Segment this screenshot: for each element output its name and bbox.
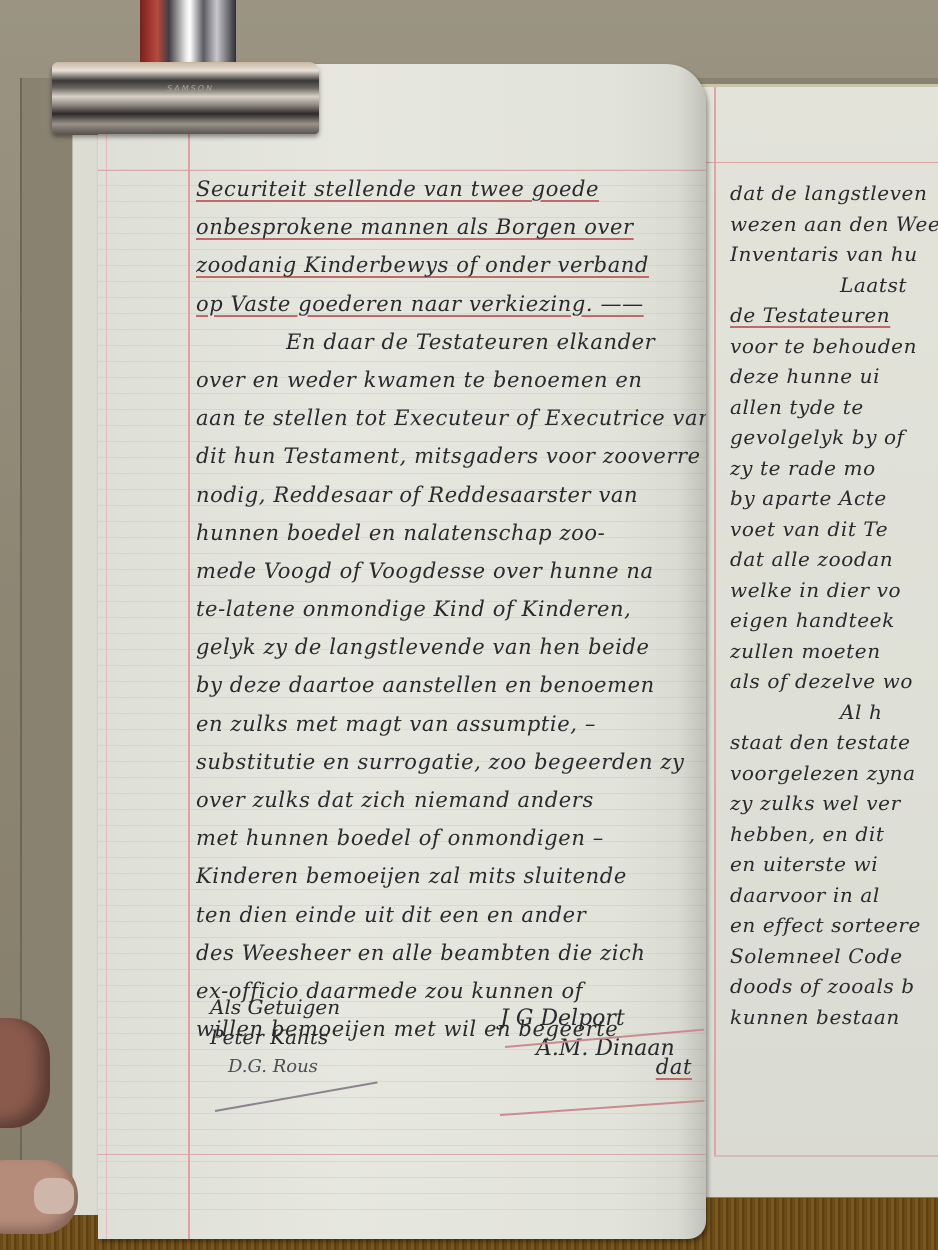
left-page-outer-rule <box>106 134 107 1239</box>
bulldog-clip <box>52 62 319 134</box>
text-line: voor te behouden <box>730 331 938 362</box>
text-line: als of dezelve wo <box>730 666 938 697</box>
text-line: wezen aan den Wee <box>730 209 938 240</box>
text-line: Securiteit stellende van twee goede <box>196 170 706 208</box>
text-line: over en weder kwamen te benoemen en <box>196 361 706 399</box>
text-line: ten dien einde uit dit een en ander <box>196 896 706 934</box>
text-line: substitutie en surrogatie, zoo begeerden… <box>196 743 706 781</box>
text-line: onbesprokene mannen als Borgen over <box>196 208 706 246</box>
text-line: Inventaris van hu <box>730 239 938 270</box>
right-page-footer-rule <box>714 1155 938 1157</box>
text-line: gelyk zy de langstlevende van hen beide <box>196 628 706 666</box>
witness-heading: Als Getuigen <box>210 992 430 1022</box>
text-line: voet van dit Te <box>730 514 938 545</box>
text-line: by aparte Acte <box>730 483 938 514</box>
testator-signatures: J G Delport A.M. Dinaan <box>500 1004 710 1064</box>
text-line: by deze daartoe aanstellen en benoemen <box>196 666 706 704</box>
underlined-phrase: de Testateuren <box>730 303 890 327</box>
text-line: Al h <box>730 697 938 728</box>
text-line: Solemneel Code <box>730 941 938 972</box>
text-line: en effect sorteere <box>730 910 938 941</box>
text-line: zullen moeten <box>730 636 938 667</box>
text-line: mede Voogd of Voogdesse over hunne na <box>196 552 706 590</box>
right-page-margin-rule <box>714 87 716 1157</box>
text-line: dat de langstleven <box>730 178 938 209</box>
text-line: gevolgelyk by of <box>730 422 938 453</box>
left-page-text: Securiteit stellende van twee goede onbe… <box>196 170 706 1087</box>
text-line: eigen handteek <box>730 605 938 636</box>
text-line: hebben, en dit <box>730 819 938 850</box>
text-line: zoodanig Kinderbewys of onder verband <box>196 246 706 284</box>
text-line: welke in dier vo <box>730 575 938 606</box>
text-line: voorgelezen zyna <box>730 758 938 789</box>
text-line: daarvoor in al <box>730 880 938 911</box>
text-line: En daar de Testateuren elkander <box>196 323 706 361</box>
text-line: allen tyde te <box>730 392 938 423</box>
text-line: de Testateuren <box>730 300 938 331</box>
text-line: dit hun Testament, mitsgaders voor zoove… <box>196 437 706 475</box>
witness-signature-1: Peter Kahts <box>210 1022 430 1052</box>
text-line: zy zulks wel ver <box>730 788 938 819</box>
right-page-text: dat de langstleven wezen aan den Wee Inv… <box>730 178 938 1032</box>
text-line: deze hunne ui <box>730 361 938 392</box>
text-line: des Weesheer en alle beambten die zich <box>196 934 706 972</box>
left-page-footer-rule <box>98 1154 706 1155</box>
text-line: hunnen boedel en nalatenschap zoo- <box>196 514 706 552</box>
text-line: te-latene onmondige Kind of Kinderen, <box>196 590 706 628</box>
clip-brand-label: SAMSON <box>149 84 231 98</box>
text-line: Laatst <box>730 270 938 301</box>
text-line: doods of zooals b <box>730 971 938 1002</box>
right-page-header-rule <box>694 162 938 163</box>
witness-block: Als Getuigen Peter Kahts D.G. Rous <box>210 992 430 1082</box>
text-line: aan te stellen tot Executeur of Executri… <box>196 399 706 437</box>
left-page-margin-rule <box>188 134 190 1239</box>
text-line: dat alle zoodan <box>730 544 938 575</box>
testator-signature-1: J G Delport <box>500 1004 710 1034</box>
text-line: kunnen bestaan <box>730 1002 938 1033</box>
text-line: zy te rade mo <box>730 453 938 484</box>
thumbnail <box>34 1178 74 1214</box>
text-line: en uiterste wi <box>730 849 938 880</box>
witness-signature-2: D.G. Rous <box>210 1052 430 1082</box>
text-line: staat den testate <box>730 727 938 758</box>
text-line: en zulks met magt van assumptie, – <box>196 705 706 743</box>
text-line: over zulks dat zich niemand anders <box>196 781 706 819</box>
text-line: Kinderen bemoeijen zal mits sluitende <box>196 857 706 895</box>
text-line: met hunnen boedel of onmondigen – <box>196 819 706 857</box>
text-line: nodig, Reddesaar of Reddesaarster van <box>196 476 706 514</box>
text-line: op Vaste goederen naar verkiezing. —— <box>196 285 706 323</box>
